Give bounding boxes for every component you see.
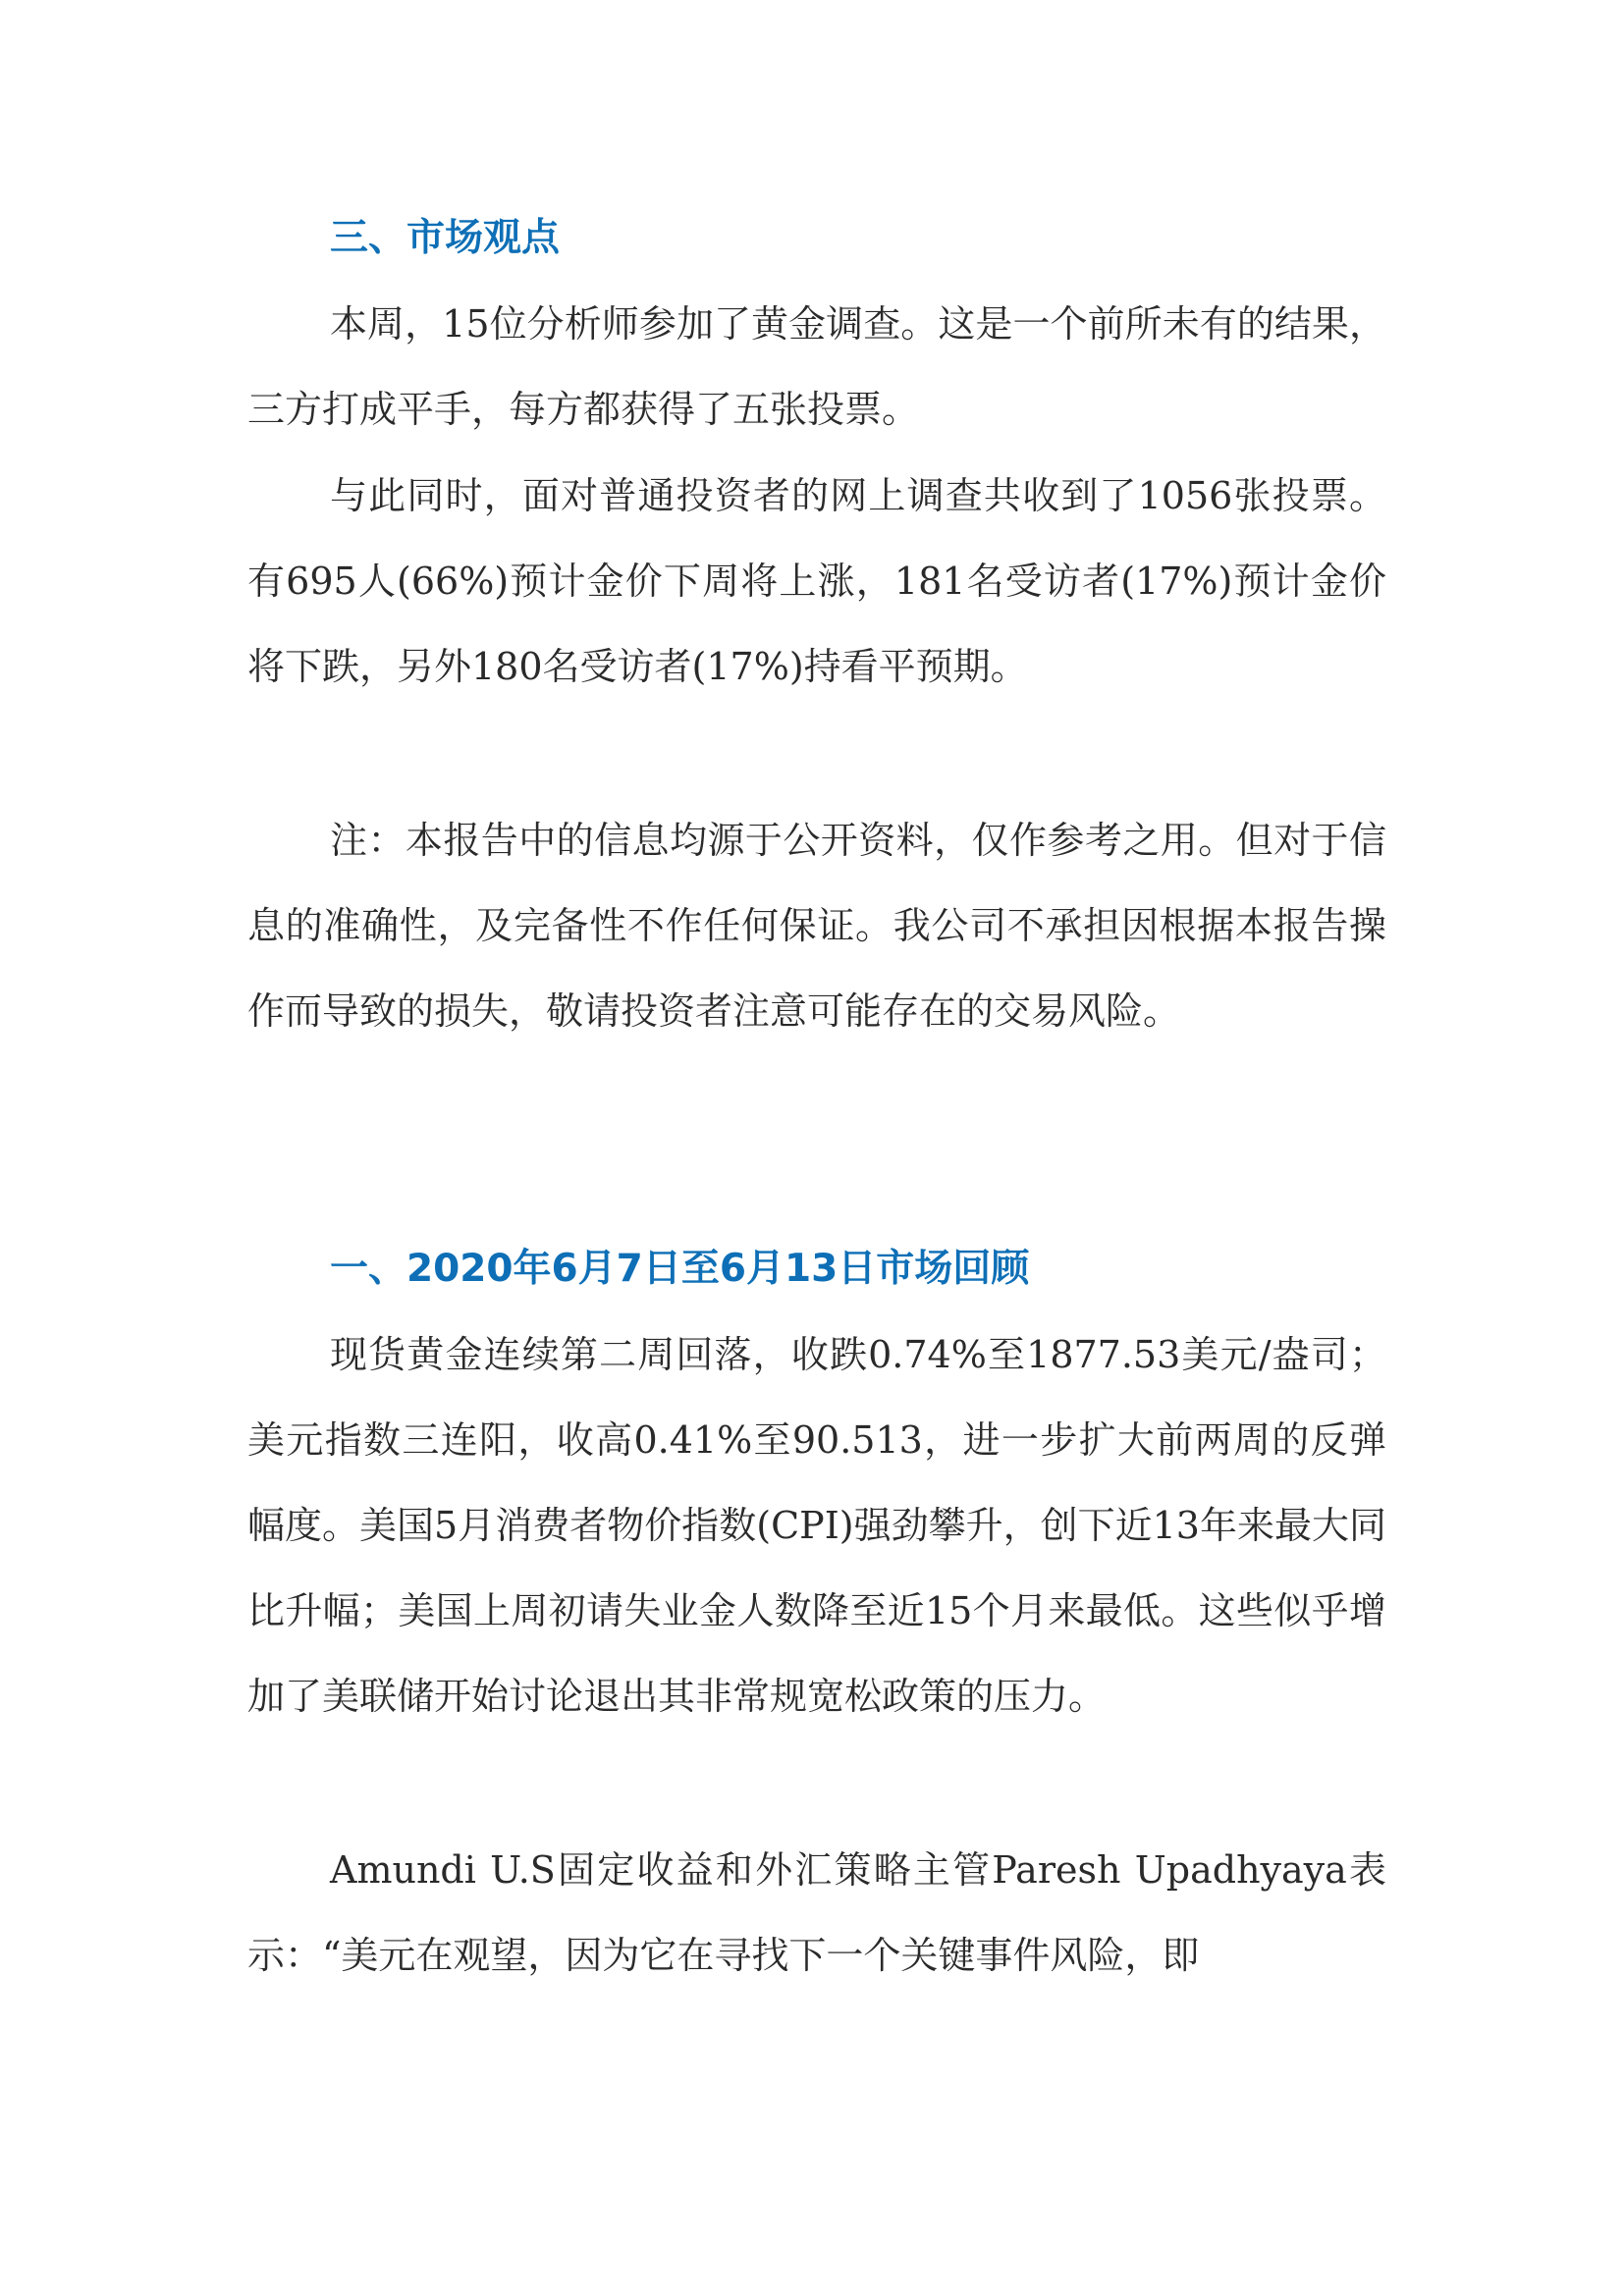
- paragraph-analyst-survey: 本周，15位分析师参加了黄金调查。这是一个前所未有的结果，三方打成平手，每方都获…: [247, 282, 1386, 453]
- section-heading-market-review: 一、2020年6月7日至6月13日市场回顾: [330, 1241, 1029, 1298]
- paragraph-amundi-quote: Amundi U.S固定收益和外汇策略主管Paresh Upadhyaya表示：…: [247, 1828, 1386, 1999]
- paragraph-disclaimer-note: 注：本报告中的信息均源于公开资料，仅作参考之用。但对于信息的准确性，及完备性不作…: [247, 798, 1386, 1054]
- paragraph-gold-dollar-review: 现货黄金连续第二周回落，收跌0.74%至1877.53美元/盎司；美元指数三连阳…: [247, 1312, 1386, 1739]
- section-heading-market-view: 三、市场观点: [330, 210, 560, 267]
- paragraph-online-survey: 与此同时，面对普通投资者的网上调查共收到了1056张投票。有695人(66%)预…: [247, 454, 1386, 710]
